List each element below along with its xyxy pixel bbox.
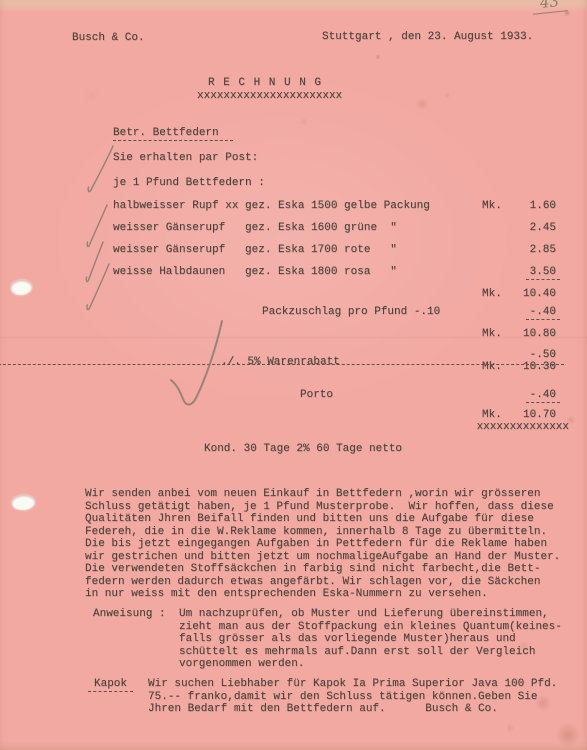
currency-label: Mk. xyxy=(482,200,502,212)
item-line: weisser Gänserupf gez. Eska 1600 grüne " xyxy=(113,222,397,234)
subtotal-amount: 10.80 xyxy=(523,328,556,340)
punch-hole-bottom xyxy=(12,495,35,510)
surcharge-amount: -.40 xyxy=(526,306,560,320)
surcharge-label: Packzuschlag pro Pfund -.10 xyxy=(262,306,440,318)
item-amount: 2.45 xyxy=(530,222,556,234)
body-paragraph: Wir senden anbei vom neuen Einkauf in Be… xyxy=(85,488,560,601)
pencil-checkmark xyxy=(86,242,103,282)
company-name: Busch & Co. xyxy=(72,32,145,44)
anweisung-text: Um nachzuprüfen, ob Muster und Lieferung… xyxy=(179,608,562,671)
intro-line-2: je 1 Pfund Bettfedern : xyxy=(113,177,265,189)
total-underline: xxxxxxxxxxxxxx xyxy=(477,421,569,433)
intro-line-1: Sie erhalten par Post: xyxy=(113,152,258,164)
currency-label: Mk. xyxy=(482,288,502,300)
punch-hole-top xyxy=(11,280,32,295)
subtotal-amount: 10.40 xyxy=(523,288,556,300)
porto-amount: -.40 xyxy=(526,389,560,403)
pencil-checkmark xyxy=(87,205,107,247)
item-line: weisser Gänserupf gez. Eska 1700 rote " xyxy=(113,244,397,256)
item-amount: 3.50 xyxy=(526,266,560,280)
subject-line: Betr. Bettfedern xyxy=(113,127,233,141)
kapok-text: Wir suchen Liebhaber für Kapok Ia Prima … xyxy=(148,678,557,716)
dateline: Stuttgart , den 23. August 1933. xyxy=(322,31,533,43)
pencil-checkmark xyxy=(87,264,109,310)
anweisung-label: Anweisung : xyxy=(93,608,166,620)
kapok-label: Kapok xyxy=(88,678,133,692)
item-line: halbweisser Rupf xx gez. Eska 1500 gelbe… xyxy=(113,200,430,212)
invoice-document: 43 Busch & Co. Stuttgart , den 23. Augus… xyxy=(0,0,587,750)
invoice-title: R E C H N U N G xyxy=(208,77,322,89)
discount-amount: -.50 xyxy=(530,349,556,361)
item-line: weisse Halbdaunen gez. Eska 1800 rosa " xyxy=(113,266,397,278)
subtotal-amount: 10.30 xyxy=(0,361,556,373)
currency-label: Mk. xyxy=(482,328,502,340)
terms-line: Kond. 30 Tage 2% 60 Tage netto xyxy=(204,443,402,455)
invoice-title-underline: xxxxxxxxxxxxxxxxxxxxxx xyxy=(197,90,342,102)
total-amount: 10.70 xyxy=(523,409,556,421)
porto-label: Porto xyxy=(300,389,333,401)
currency-label: Mk. xyxy=(482,409,502,421)
pencil-checkmark xyxy=(88,146,113,192)
item-amount: 2.85 xyxy=(530,244,556,256)
handwritten-corner-mark: 43 xyxy=(531,0,568,15)
item-amount: 1.60 xyxy=(530,200,556,212)
